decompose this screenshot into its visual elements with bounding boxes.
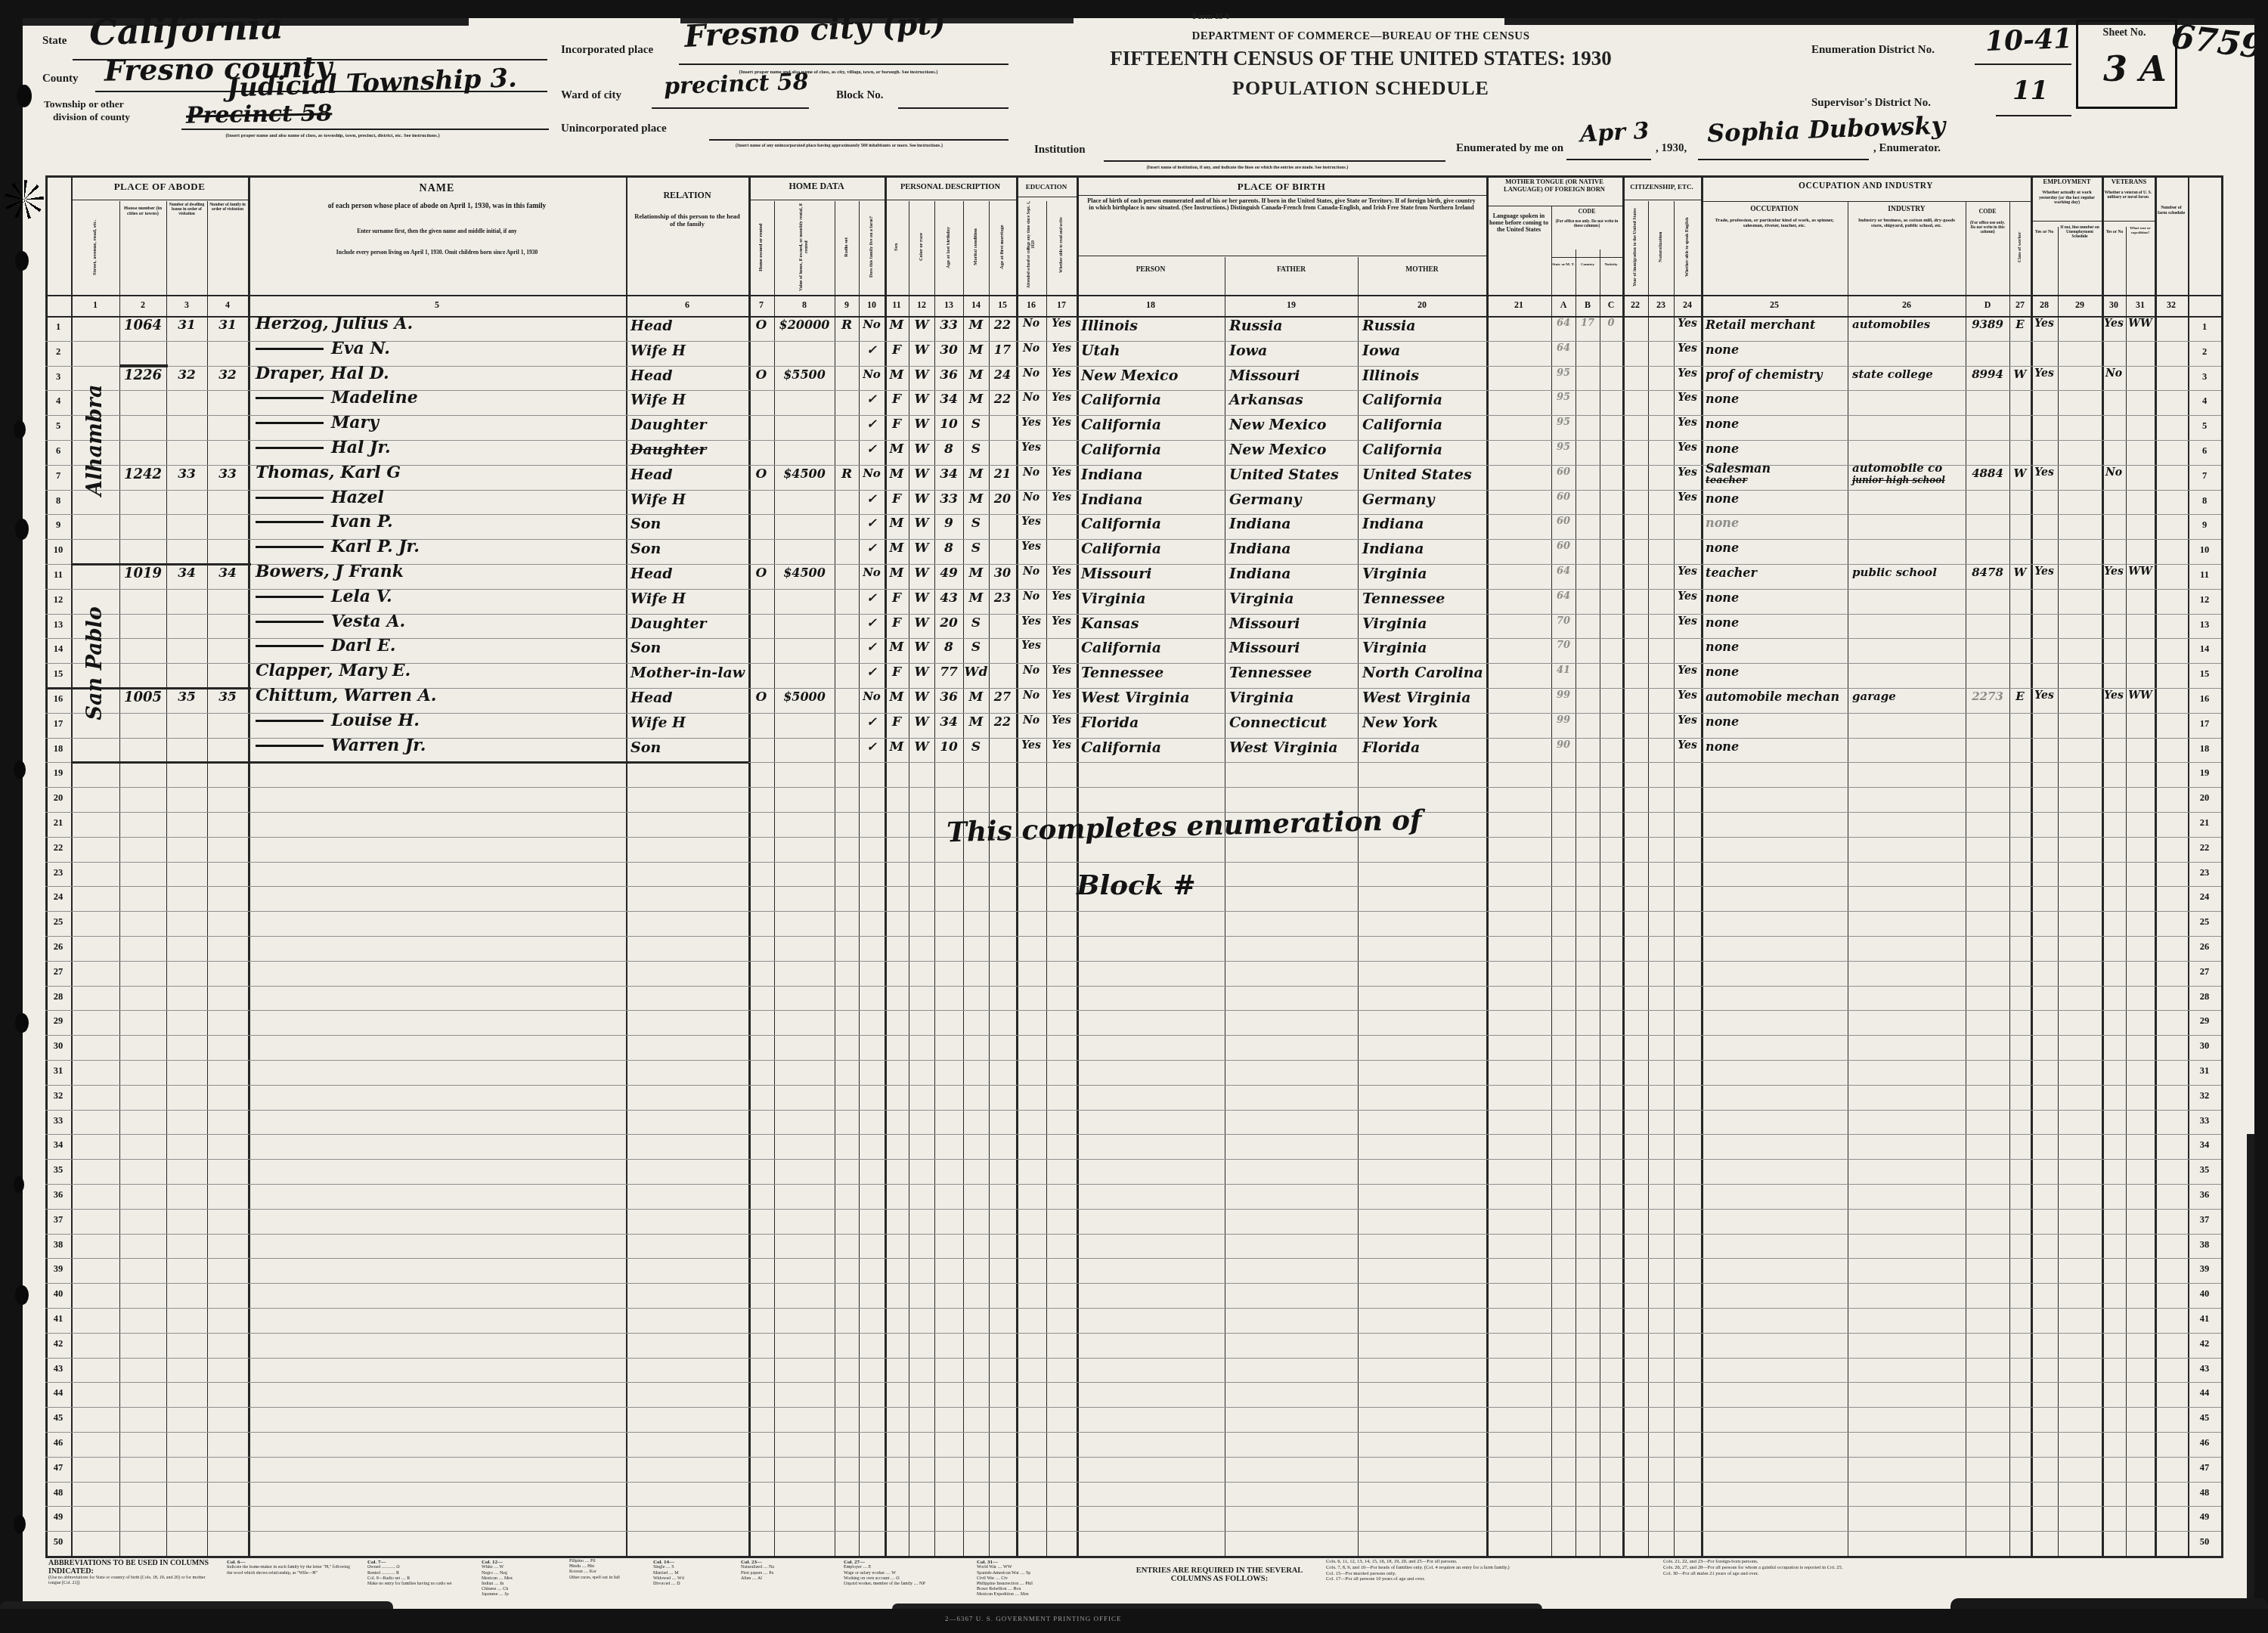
column-number-29: 29 [2058, 299, 2102, 311]
cell-birthplace-mother: West Virginia [1362, 689, 1470, 706]
cell-farm-check: ✓ [859, 665, 885, 679]
grid-row-line [45, 1085, 2221, 1086]
footer-entries-line: Col. 30—For all males 21 years of age an… [1663, 1571, 1966, 1577]
line-number-left: 3 [45, 371, 71, 383]
footer-abbr-col-head: Col. 23— [741, 1559, 832, 1565]
cell-occupation: none [1706, 590, 1739, 605]
line-number-right: 10 [2188, 544, 2221, 556]
cell-relation: Head [631, 318, 673, 334]
line-number-right: 21 [2188, 817, 2221, 829]
cell-occupation-struck: teacher [1706, 475, 1747, 486]
cell-relation: Daughter [631, 442, 707, 458]
footer-entries-line: Col. 17—For all persons 10 years of age … [1326, 1576, 1651, 1582]
cell-occupation: Retail merchant [1706, 318, 1815, 332]
column-number-26: 26 [1848, 299, 1966, 311]
cell-relation: Wife H [631, 491, 686, 508]
cell-relation: Head [631, 689, 673, 706]
cell-fam: 34 [207, 566, 248, 581]
cell-school: Yes [1016, 739, 1046, 751]
line-number-left: 47 [45, 1462, 71, 1473]
footer-entries-left: Cols. 6, 11, 12, 13, 14, 15, 16, 18, 19,… [1326, 1559, 1651, 1582]
footer-entries-line: Cols. 26, 27, and 28—For all persons for… [1663, 1565, 1966, 1571]
cell-age: 33 [934, 491, 963, 507]
cell-read: Yes [1046, 392, 1077, 404]
cell-birthplace-father: New Mexico [1229, 417, 1326, 433]
cell-age: 33 [934, 318, 963, 333]
line-number-right: 50 [2188, 1536, 2221, 1548]
footer-abbr-line: World War … WW [977, 1565, 1113, 1570]
grid-vline [207, 201, 208, 1556]
header-employment-note: Whether actually at work yesterday (or t… [2034, 191, 2100, 206]
line-number-left: 43 [45, 1363, 71, 1374]
line-number-left: 21 [45, 817, 71, 829]
header-veterans-yesno: Yes or No [2103, 230, 2126, 234]
cell-veteran: No [2102, 367, 2126, 380]
grid-vline [1046, 201, 1047, 1556]
cell-age1: 20 [989, 491, 1016, 506]
cell-relation: Son [631, 516, 661, 532]
header-code-title: CODE [1551, 209, 1622, 215]
cell-eng: Yes [1674, 615, 1701, 627]
column-number-4: 4 [207, 299, 248, 311]
footer-abbr-line: Hindu … Hin [569, 1564, 641, 1569]
line-number-right: 47 [2188, 1462, 2221, 1473]
column-number-6: 6 [626, 299, 748, 311]
cell-birthplace-father: Iowa [1229, 342, 1267, 359]
grid-top-border [45, 175, 2223, 178]
cell-code-a: 99 [1551, 689, 1576, 701]
cell-eng: Yes [1674, 342, 1701, 355]
line-number-left: 16 [45, 693, 71, 705]
grid-row-line [45, 1234, 2221, 1235]
line-number-left: 10 [45, 544, 71, 556]
footer-abbr-line: Filipino … Fil [569, 1559, 641, 1564]
line-number-right: 44 [2188, 1387, 2221, 1399]
line-number-right: 29 [2188, 1015, 2221, 1027]
footer-abbr-line: Philippine Insurrection … Phil [977, 1582, 1113, 1587]
grid-vline [1600, 249, 1600, 1556]
cell-code-d: 4884 [1966, 466, 2009, 480]
cell-farm: No [859, 689, 885, 703]
header-c16: Attended school or college any time sinc… [1018, 198, 1045, 292]
cell-name: Karl P. Jr. [256, 537, 420, 556]
cell-code-a: 90 [1551, 739, 1576, 751]
header-subline [1077, 195, 1486, 196]
header-c13: Age at last birthday [936, 203, 962, 292]
cell-school: No [1016, 590, 1046, 603]
line-number-right: 40 [2188, 1288, 2221, 1300]
cell-code-a: 64 [1551, 342, 1576, 354]
cell-name: Chittum, Warren A. [256, 686, 436, 705]
cell-relation: Son [631, 541, 661, 557]
cell-code-d: 8994 [1966, 367, 2009, 381]
cell-birthplace-mother: Russia [1362, 318, 1416, 334]
cell-name: Warren Jr. [256, 736, 426, 755]
footer-entries-title-text: ENTRIES ARE REQUIRED IN THE SEVERAL COLU… [1125, 1559, 1314, 1583]
cell-house-number: 1019 [119, 566, 166, 581]
cell-code-d: 9389 [1966, 318, 2009, 331]
group-veterans: VETERANS [2103, 178, 2155, 186]
line-number-left: 29 [45, 1015, 71, 1027]
footer-abbr-line: Mexican … Mex [482, 1576, 557, 1582]
header-veterans-note: Whether a veteran of U. S. military or n… [2103, 191, 2153, 200]
cell-name: Bowers, J Frank [256, 562, 404, 581]
cell-employment: Yes [2031, 367, 2058, 380]
group-place-of-birth: PLACE OF BIRTH [1077, 181, 1486, 193]
cell-birthplace-father: Virginia [1229, 689, 1294, 706]
cell-class-of-worker: E [2009, 318, 2031, 331]
cell-dwell: 33 [166, 466, 207, 482]
footer-abbr-line: Civil War … Civ [977, 1576, 1113, 1582]
cell-school: No [1016, 665, 1046, 677]
cell-code-a: 64 [1551, 590, 1576, 602]
cell-relation: Head [631, 466, 673, 483]
footer-abbr-column: Col. 6—Indicate the home-maker in each f… [227, 1559, 355, 1576]
cell-color: W [909, 442, 934, 457]
footer-entries-line: Cols. 6, 11, 12, 13, 14, 15, 16, 18, 19,… [1326, 1559, 1651, 1565]
cell-read: Yes [1046, 367, 1077, 380]
line-number-right: 11 [2188, 569, 2221, 581]
cell-occupation: teacher [1706, 566, 1757, 580]
cell-eng: Yes [1674, 392, 1701, 404]
cell-occupation: none [1706, 491, 1739, 506]
grid-row-line [45, 1060, 2221, 1061]
cell-color: W [909, 714, 934, 730]
line-number-left: 25 [45, 916, 71, 928]
ditto-mark [256, 745, 324, 747]
cell-birthplace-person: Utah [1081, 342, 1120, 359]
cell-name: Louise H. [256, 711, 420, 730]
footer-abbr-column: Filipino … FilHindu … HinKorean … KorOth… [569, 1559, 641, 1581]
header-code-a: State or M. T. [1551, 263, 1576, 268]
column-number-21: 21 [1486, 299, 1551, 311]
line-number-right: 49 [2188, 1511, 2221, 1523]
ditto-mark [256, 497, 324, 499]
cell-name: Vesta A. [256, 612, 405, 631]
cell-mar: S [963, 640, 989, 655]
cell-read: Yes [1046, 615, 1077, 627]
column-number-11: 11 [885, 299, 909, 311]
ditto-mark [256, 621, 324, 623]
column-number-8: 8 [774, 299, 835, 311]
cell-dwell: 35 [166, 689, 207, 705]
column-number-22: 22 [1622, 299, 1648, 311]
grid-numrow-line [45, 295, 2221, 296]
cell-name: Herzog, Julius A. [256, 314, 413, 333]
group-citizenship: CITIZENSHIP, ETC. [1622, 183, 1701, 191]
footer-abbr-line: Naturalized … Na [741, 1565, 832, 1570]
footer-abbr-line: Rented ……… R [367, 1571, 469, 1576]
line-number-right: 7 [2188, 470, 2221, 482]
header-subline [1701, 201, 2031, 202]
cell-age: 36 [934, 689, 963, 705]
grid-row-line [45, 911, 2221, 912]
cell-age: 34 [934, 392, 963, 407]
cell-name: Draper, Hal D. [256, 364, 389, 383]
cell-farm-check: ✓ [859, 516, 885, 530]
grid-vline [1016, 175, 1018, 1556]
cell-code-a: 60 [1551, 466, 1576, 478]
population-schedule-table: PLACE OF ABODEStreet, avenue, road, etc.… [0, 0, 2268, 1633]
cell-occupation: none [1706, 615, 1739, 630]
line-number-left: 14 [45, 643, 71, 655]
line-number-left: 46 [45, 1437, 71, 1449]
line-number-right: 35 [2188, 1164, 2221, 1176]
cell-industry: garage [1852, 689, 1896, 703]
ditto-mark [256, 348, 324, 350]
group-mother-tongue: MOTHER TONGUE (OR NATIVE LANGUAGE) OF FO… [1488, 178, 1621, 193]
cell-birthplace-father: Missouri [1229, 367, 1300, 384]
line-number-left: 28 [45, 991, 71, 1002]
cell-mar: M [963, 590, 989, 606]
cell-name: Eva N. [256, 339, 390, 358]
cell-class-of-worker: W [2009, 566, 2031, 579]
grid-row-line [45, 1159, 2221, 1160]
column-number-9: 9 [835, 299, 859, 311]
cell-farm-check: ✓ [859, 590, 885, 605]
line-number-right: 8 [2188, 495, 2221, 507]
line-number-right: 6 [2188, 445, 2221, 457]
cell-age: 77 [934, 665, 963, 680]
cell-birthplace-person: Virginia [1081, 590, 1145, 607]
grid-row-line [45, 1482, 2221, 1483]
footer-abbr-column: Col. 27—Employer … EWage or salary worke… [844, 1559, 965, 1587]
cell-birthplace-mother: California [1362, 392, 1442, 408]
grid-row-line [45, 862, 2221, 863]
grid-vline [2102, 175, 2104, 1556]
line-number-right: 17 [2188, 718, 2221, 730]
cell-eng: Yes [1674, 714, 1701, 727]
column-number-C: C [1600, 299, 1622, 311]
footer-abbr-title: ABBREVIATIONS TO BE USED IN COLUMNS INDI… [48, 1559, 215, 1586]
footer-abbr-line: Other races, spell out in full [569, 1576, 641, 1581]
cell-age: 8 [934, 640, 963, 655]
cell-code-a: 99 [1551, 714, 1576, 726]
line-number-right: 22 [2188, 842, 2221, 854]
column-number-17: 17 [1046, 299, 1077, 311]
cell-code-a: 95 [1551, 367, 1576, 379]
grid-vline [1701, 175, 1703, 1556]
footer-abbr-line: Boxer Rebellion … Box [977, 1587, 1113, 1592]
footer-abbr-column: Col. 12—White … WNegro … NegMexican … Me… [482, 1559, 557, 1598]
cell-occupation: none [1706, 442, 1739, 456]
line-number-right: 24 [2188, 891, 2221, 903]
cell-sex: M [885, 318, 909, 333]
cell-sex: F [885, 392, 909, 407]
census-scan-page: { "header": { "state_label": "State", "s… [0, 0, 2268, 1633]
cell-mar: S [963, 541, 989, 556]
column-number-24: 24 [1674, 299, 1701, 311]
header-c17: Whether able to read and write [1048, 198, 1075, 292]
cell-birthplace-mother: California [1362, 442, 1442, 458]
cell-own: O [748, 689, 774, 705]
ditto-mark [256, 596, 324, 598]
grid-row-line [45, 1209, 2221, 1210]
footer-abbr-line: Employer … E [844, 1565, 965, 1570]
cell-relation: Wife H [631, 342, 686, 359]
cell-name: Clapper, Mary E. [256, 661, 411, 680]
cell-occupation: none [1706, 417, 1739, 431]
line-number-left: 34 [45, 1139, 71, 1151]
grid-vline [2009, 201, 2010, 1556]
grid-row-line [45, 1010, 2221, 1011]
cell-veteran: Yes [2102, 689, 2126, 702]
line-number-left: 9 [45, 519, 71, 531]
cell-dwell: 32 [166, 367, 207, 383]
line-number-right: 34 [2188, 1139, 2221, 1151]
cell-farm: No [859, 318, 885, 331]
cell-school: No [1016, 367, 1046, 380]
column-number-31: 31 [2126, 299, 2155, 311]
footer-entries-line: Cols. 7, 8, 9, and 10—For heads of famil… [1326, 1565, 1651, 1571]
cell-color: W [909, 417, 934, 432]
line-number-right: 39 [2188, 1263, 2221, 1275]
cell-read: Yes [1046, 491, 1077, 504]
line-number-left: 48 [45, 1487, 71, 1498]
cell-birthplace-person: California [1081, 516, 1161, 532]
column-number-18: 18 [1077, 299, 1225, 311]
cell-code-a: 95 [1551, 417, 1576, 428]
cell-veteran: Yes [2102, 566, 2126, 578]
cell-read: Yes [1046, 466, 1077, 479]
cell-val: $5500 [774, 367, 835, 382]
header-house-number: House number (in cities or towns) [121, 206, 165, 217]
column-number-15: 15 [989, 299, 1016, 311]
header-c23: Naturalization [1650, 203, 1672, 292]
cell-birthplace-father: Indiana [1229, 516, 1291, 532]
grid-row-line [45, 1382, 2221, 1383]
cell-code-a: 95 [1551, 392, 1576, 403]
footer-abbr-line: Make no entry for families having no rad… [367, 1582, 469, 1587]
column-number-25: 25 [1701, 299, 1848, 311]
cell-color: W [909, 665, 934, 680]
line-number-right: 4 [2188, 395, 2221, 407]
cell-name: Hal Jr. [256, 438, 391, 457]
header-farm-schedule: Number of farm schedule [2156, 206, 2186, 215]
ditto-mark [256, 521, 324, 523]
header-code-b: Country [1576, 263, 1600, 268]
line-number-left: 18 [45, 743, 71, 755]
column-number-14: 14 [963, 299, 989, 311]
cell-sex: F [885, 714, 909, 730]
cell-relation: Wife H [631, 392, 686, 408]
line-number-left: 26 [45, 941, 71, 953]
cell-birthplace-mother: Tennessee [1362, 590, 1445, 607]
cell-farm-check: ✓ [859, 615, 885, 630]
line-number-right: 48 [2188, 1487, 2221, 1498]
cell-birthplace-father: Virginia [1229, 590, 1294, 607]
cell-read: Yes [1046, 689, 1077, 702]
cell-birthplace-person: Missouri [1081, 566, 1151, 582]
cell-color: W [909, 615, 934, 631]
cell-school: No [1016, 342, 1046, 355]
cell-occupation: prof of chemistry [1706, 367, 1823, 382]
cell-mar: M [963, 466, 989, 482]
cell-color: W [909, 541, 934, 556]
cell-mar: S [963, 417, 989, 432]
column-number-12: 12 [909, 299, 934, 311]
footer-abbr-col-head: Col. 14— [653, 1559, 729, 1565]
header-c1: Street, avenue, road, etc. [74, 203, 116, 292]
grid-row-line [45, 936, 2221, 937]
cell-birthplace-father: Indiana [1229, 541, 1291, 557]
footer-entries-line: Col. 15—For married persons only. [1326, 1571, 1651, 1577]
cell-dwell: 31 [166, 318, 207, 333]
header-code-d-title: CODE [1966, 209, 2009, 215]
footer-abbr-line: Chinese … Ch [482, 1587, 557, 1592]
column-number-10: 10 [859, 299, 885, 311]
cell-color: W [909, 318, 934, 333]
grid-vline [748, 175, 751, 1556]
grid-row-line [45, 1035, 2221, 1036]
cell-school: Yes [1016, 417, 1046, 429]
column-number-7: 7 [748, 299, 774, 311]
grid-row-line [45, 1506, 2221, 1507]
cell-age: 10 [934, 417, 963, 432]
column-number-5: 5 [248, 299, 626, 311]
cell-house-number: 1005 [119, 689, 166, 705]
cell-code-a: 60 [1551, 516, 1576, 527]
cell-birthplace-person: California [1081, 392, 1161, 408]
cell-occupation: automobile mechan [1706, 689, 1839, 704]
cell-eng: Yes [1674, 590, 1701, 603]
cell-school: No [1016, 566, 1046, 578]
footer-abbr-col-head: Col. 31— [977, 1559, 1113, 1565]
cell-read: Yes [1046, 566, 1077, 578]
group-employment: EMPLOYMENT [2032, 178, 2102, 186]
cell-birthplace-mother: Indiana [1362, 516, 1424, 532]
street-name: Alhambra [74, 319, 116, 561]
cell-mar: S [963, 615, 989, 631]
header-industry-note: Industry or business, as cotton mill, dr… [1852, 218, 1961, 229]
cell-eng: Yes [1674, 466, 1701, 479]
cell-birthplace-mother: Virginia [1362, 615, 1427, 632]
footer-abbreviations: ABBREVIATIONS TO BE USED IN COLUMNS INDI… [48, 1559, 2226, 1598]
cell-class-of-worker: W [2009, 367, 2031, 381]
cell-occupation: none [1706, 640, 1739, 654]
footer-abbr-col-head: Col. 12— [482, 1559, 557, 1565]
column-number-D: D [1966, 299, 2009, 311]
column-number-13: 13 [934, 299, 963, 311]
cell-name: Ivan P. [256, 512, 393, 531]
cell-code-a: 41 [1551, 665, 1576, 676]
footer-abbr-column: Col. 31—World War … WWSpanish-American W… [977, 1559, 1113, 1598]
cell-birthplace-father: Missouri [1229, 615, 1300, 632]
cell-farm-check: ✓ [859, 392, 885, 406]
cell-color: W [909, 367, 934, 383]
cell-birthplace-person: Illinois [1081, 318, 1138, 334]
cell-age1: 27 [989, 689, 1016, 704]
footer-abbr-note: (Use no abbreviations for State or count… [48, 1576, 215, 1586]
header-c11: Sex [886, 203, 907, 292]
cell-sex: M [885, 689, 909, 705]
cell-name: Lela V. [256, 587, 392, 606]
grid-row-line [45, 1110, 2221, 1111]
cell-sex: M [885, 466, 909, 482]
cell-relation: Mother-in-law [631, 665, 745, 681]
cell-age1: 22 [989, 318, 1016, 332]
cell-age1: 30 [989, 566, 1016, 580]
cell-mar: M [963, 491, 989, 507]
footer-abbr-line: Korean … Kor [569, 1569, 641, 1575]
line-number-left: 40 [45, 1288, 71, 1300]
line-number-right: 14 [2188, 643, 2221, 655]
cell-sex: F [885, 615, 909, 631]
group-education: EDUCATION [1016, 183, 1077, 191]
header-c10: Does this family live on a farm? [860, 203, 883, 292]
grid-vline [1674, 201, 1675, 1556]
line-number-left: 33 [45, 1115, 71, 1126]
